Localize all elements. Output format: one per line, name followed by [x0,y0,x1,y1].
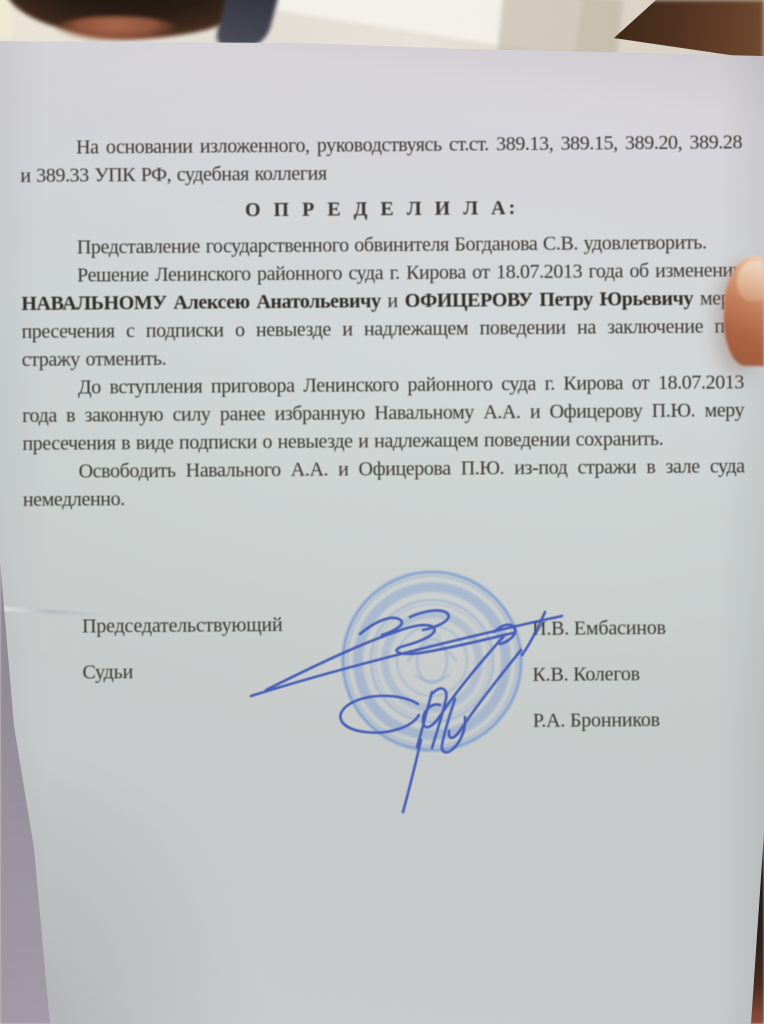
courtroom-photo: На основании изложенного, руководствуясь… [0,0,764,1024]
paragraph-decision: Решение Ленинского районного суда г. Кир… [21,256,744,374]
court-document-paper: На основании изложенного, руководствуясь… [0,0,764,1024]
document-heading: О П Р Е Д Е Л И Л А: [21,192,743,226]
wall-edge [0,0,12,38]
thumb-nail [737,261,764,301]
decision-text-start: Решение Ленинского районного суда г. Кир… [77,259,743,286]
person-collar [213,0,278,48]
defendant-ofitserov-name: ОФИЦЕРОВУ Петру Юрьевичу [405,288,694,312]
judges-label: Судьи [82,661,133,684]
defendant-navalny-name: НАВАЛЬНОМУ Алексею Анатольевичу [21,290,380,315]
paragraph-preserve-measure: До вступления приговора Ленинского район… [22,368,745,458]
document-text: На основании изложенного, руководствуясь… [20,128,745,514]
signature-ink-strokes [230,560,580,830]
paragraph-legal-basis: На основании изложенного, руководствуясь… [20,128,742,190]
paragraph-release: Освободить Навального А.А. и Офицерова П… [23,452,745,514]
decision-conjunction: и [381,290,405,312]
